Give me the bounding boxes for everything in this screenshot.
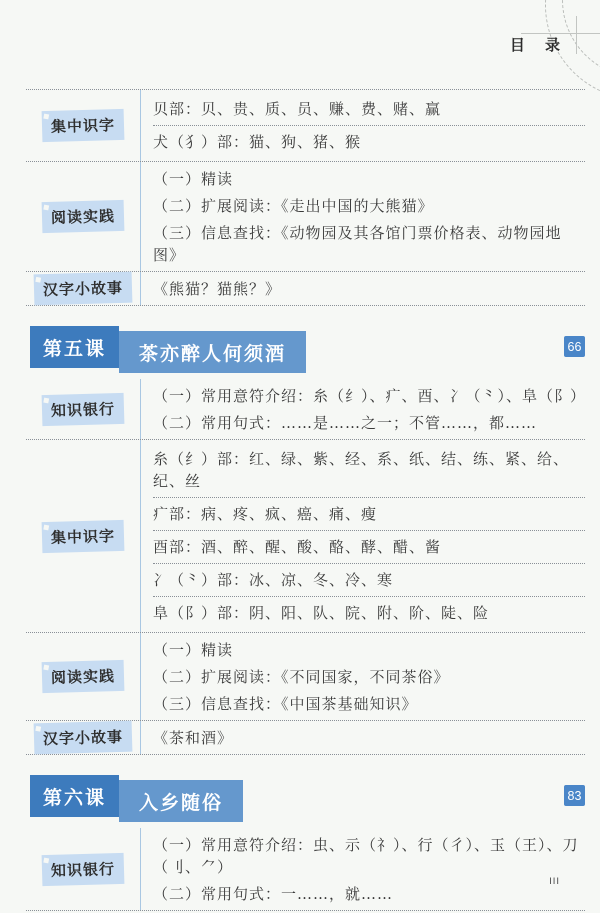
section-label: 汉字小故事 xyxy=(34,272,133,306)
content-column: （一）精读 （二）扩展阅读：《走出中国的大熊猫》 （三）信息查找：《动物园及其各… xyxy=(140,162,585,271)
content-line: （二）扩展阅读：《走出中国的大熊猫》 xyxy=(153,192,585,219)
lesson5-block: 知识银行 （一）常用意符介绍：糸（纟）、疒、酉、冫（⺀）、阜（阝） （二）常用句… xyxy=(26,379,585,755)
table-row-knowledge-bank: 知识银行 （一）常用意符介绍：糸（纟）、疒、酉、冫（⺀）、阜（阝） （二）常用句… xyxy=(26,379,585,440)
content-column: （一）常用意符介绍：虫、示（礻）、行（彳）、玉（王）、刀（刂、⺈） （二）常用句… xyxy=(140,828,585,910)
content-line: 贝部：贝、贵、质、员、赚、费、赌、赢 xyxy=(153,93,585,125)
page-number: III xyxy=(549,876,560,887)
content-line: （三）信息查找：《中国茶基础知识》 xyxy=(153,690,585,717)
label-column: 知识银行 xyxy=(26,379,140,439)
table-row-concentrated-characters: 集中识字 糸（纟）部：红、绿、紫、经、系、纸、结、练、紧、给、纪、丝 疒部：病、… xyxy=(26,440,585,633)
section-label: 知识银行 xyxy=(42,392,125,425)
content-line: （二）扩展阅读：《不同国家，不同茶俗》 xyxy=(153,663,585,690)
label-column: 集中识字 xyxy=(26,440,140,632)
toc-content: 集中识字 贝部：贝、贵、质、员、赚、费、赌、赢 犬（犭）部：猫、狗、猪、猴 阅读… xyxy=(26,89,585,911)
content-line: （一）精读 xyxy=(153,636,585,663)
content-line: 阜（阝）部：阴、阳、队、院、附、阶、陡、险 xyxy=(153,596,585,629)
lesson-title: 茶亦醉人何须酒 xyxy=(119,331,306,373)
label-column: 汉字小故事 xyxy=(26,272,140,305)
content-line: 犬（犭）部：猫、狗、猪、猴 xyxy=(153,125,585,158)
label-column: 集中识字 xyxy=(26,90,140,161)
content-column: 贝部：贝、贵、质、员、赚、费、赌、赢 犬（犭）部：猫、狗、猪、猴 xyxy=(140,90,585,161)
crosshair-vertical-line xyxy=(576,16,577,54)
content-line: 糸（纟）部：红、绿、紫、经、系、纸、结、练、紧、给、纪、丝 xyxy=(153,443,585,497)
label-column: 汉字小故事 xyxy=(26,721,140,754)
label-column: 阅读实践 xyxy=(26,633,140,720)
section-label: 集中识字 xyxy=(42,519,125,552)
page-title: 目 录 xyxy=(510,34,568,55)
content-line: （二）常用句式：……是……之一；不管……，都…… xyxy=(153,409,585,436)
content-line: 《茶和酒》 xyxy=(153,724,585,751)
table-row-reading-practice: 阅读实践 （一）精读 （二）扩展阅读：《走出中国的大熊猫》 （三）信息查找：《动… xyxy=(26,162,585,272)
lesson-number: 第五课 xyxy=(30,326,119,368)
section-label: 知识银行 xyxy=(42,852,125,885)
content-column: 《茶和酒》 xyxy=(140,721,585,754)
table-row-concentrated-characters: 集中识字 贝部：贝、贵、质、员、赚、费、赌、赢 犬（犭）部：猫、狗、猪、猴 xyxy=(26,90,585,162)
lesson-page-badge: 83 xyxy=(564,785,585,806)
lesson5-header: 第五课 茶亦醉人何须酒 66 xyxy=(30,326,585,373)
lesson-number: 第六课 xyxy=(30,775,119,817)
toc-page: 目 录 集中识字 贝部：贝、贵、质、员、赚、费、赌、赢 犬（犭）部：猫、狗、猪、… xyxy=(0,0,600,913)
content-line: （一）精读 xyxy=(153,165,585,192)
content-line: 疒部：病、疼、疯、癌、痛、瘦 xyxy=(153,497,585,530)
section-label: 阅读实践 xyxy=(42,200,125,233)
table-row-character-story: 汉字小故事 《茶和酒》 xyxy=(26,721,585,755)
lesson6-header: 第六课 入乡随俗 83 xyxy=(30,775,585,822)
content-line: （三）信息查找：《动物园及其各馆门票价格表、动物园地图》 xyxy=(153,219,585,268)
label-column: 阅读实践 xyxy=(26,162,140,271)
content-line: 冫（⺀）部：冰、凉、冬、冷、寒 xyxy=(153,563,585,596)
content-line: （二）常用句式：一……，就…… xyxy=(153,880,585,907)
table-row-knowledge-bank: 知识银行 （一）常用意符介绍：虫、示（礻）、行（彳）、玉（王）、刀（刂、⺈） （… xyxy=(26,828,585,911)
lesson-page-badge: 66 xyxy=(564,336,585,357)
table-row-reading-practice: 阅读实践 （一）精读 （二）扩展阅读：《不同国家，不同茶俗》 （三）信息查找：《… xyxy=(26,633,585,721)
section-label: 集中识字 xyxy=(42,109,125,142)
content-line: 《熊猫？猫熊？》 xyxy=(153,275,585,302)
section-label: 阅读实践 xyxy=(42,660,125,693)
lesson-title: 入乡随俗 xyxy=(119,780,243,822)
table-row-character-story: 汉字小故事 《熊猫？猫熊？》 xyxy=(26,272,585,306)
content-column: （一）常用意符介绍：糸（纟）、疒、酉、冫（⺀）、阜（阝） （二）常用句式：……是… xyxy=(140,379,585,439)
intro-block: 集中识字 贝部：贝、贵、质、员、赚、费、赌、赢 犬（犭）部：猫、狗、猪、猴 阅读… xyxy=(26,89,585,306)
label-column: 知识银行 xyxy=(26,828,140,910)
content-column: 《熊猫？猫熊？》 xyxy=(140,272,585,305)
content-line: （一）常用意符介绍：虫、示（礻）、行（彳）、玉（王）、刀（刂、⺈） xyxy=(153,831,585,880)
content-line: （一）常用意符介绍：糸（纟）、疒、酉、冫（⺀）、阜（阝） xyxy=(153,382,585,409)
section-label: 汉字小故事 xyxy=(34,721,133,755)
content-line: 酉部：酒、醉、醒、酸、酪、酵、醋、酱 xyxy=(153,530,585,563)
lesson6-block: 知识银行 （一）常用意符介绍：虫、示（礻）、行（彳）、玉（王）、刀（刂、⺈） （… xyxy=(26,828,585,911)
content-column: 糸（纟）部：红、绿、紫、经、系、纸、结、练、紧、给、纪、丝 疒部：病、疼、疯、癌… xyxy=(140,440,585,632)
content-column: （一）精读 （二）扩展阅读：《不同国家，不同茶俗》 （三）信息查找：《中国茶基础… xyxy=(140,633,585,720)
